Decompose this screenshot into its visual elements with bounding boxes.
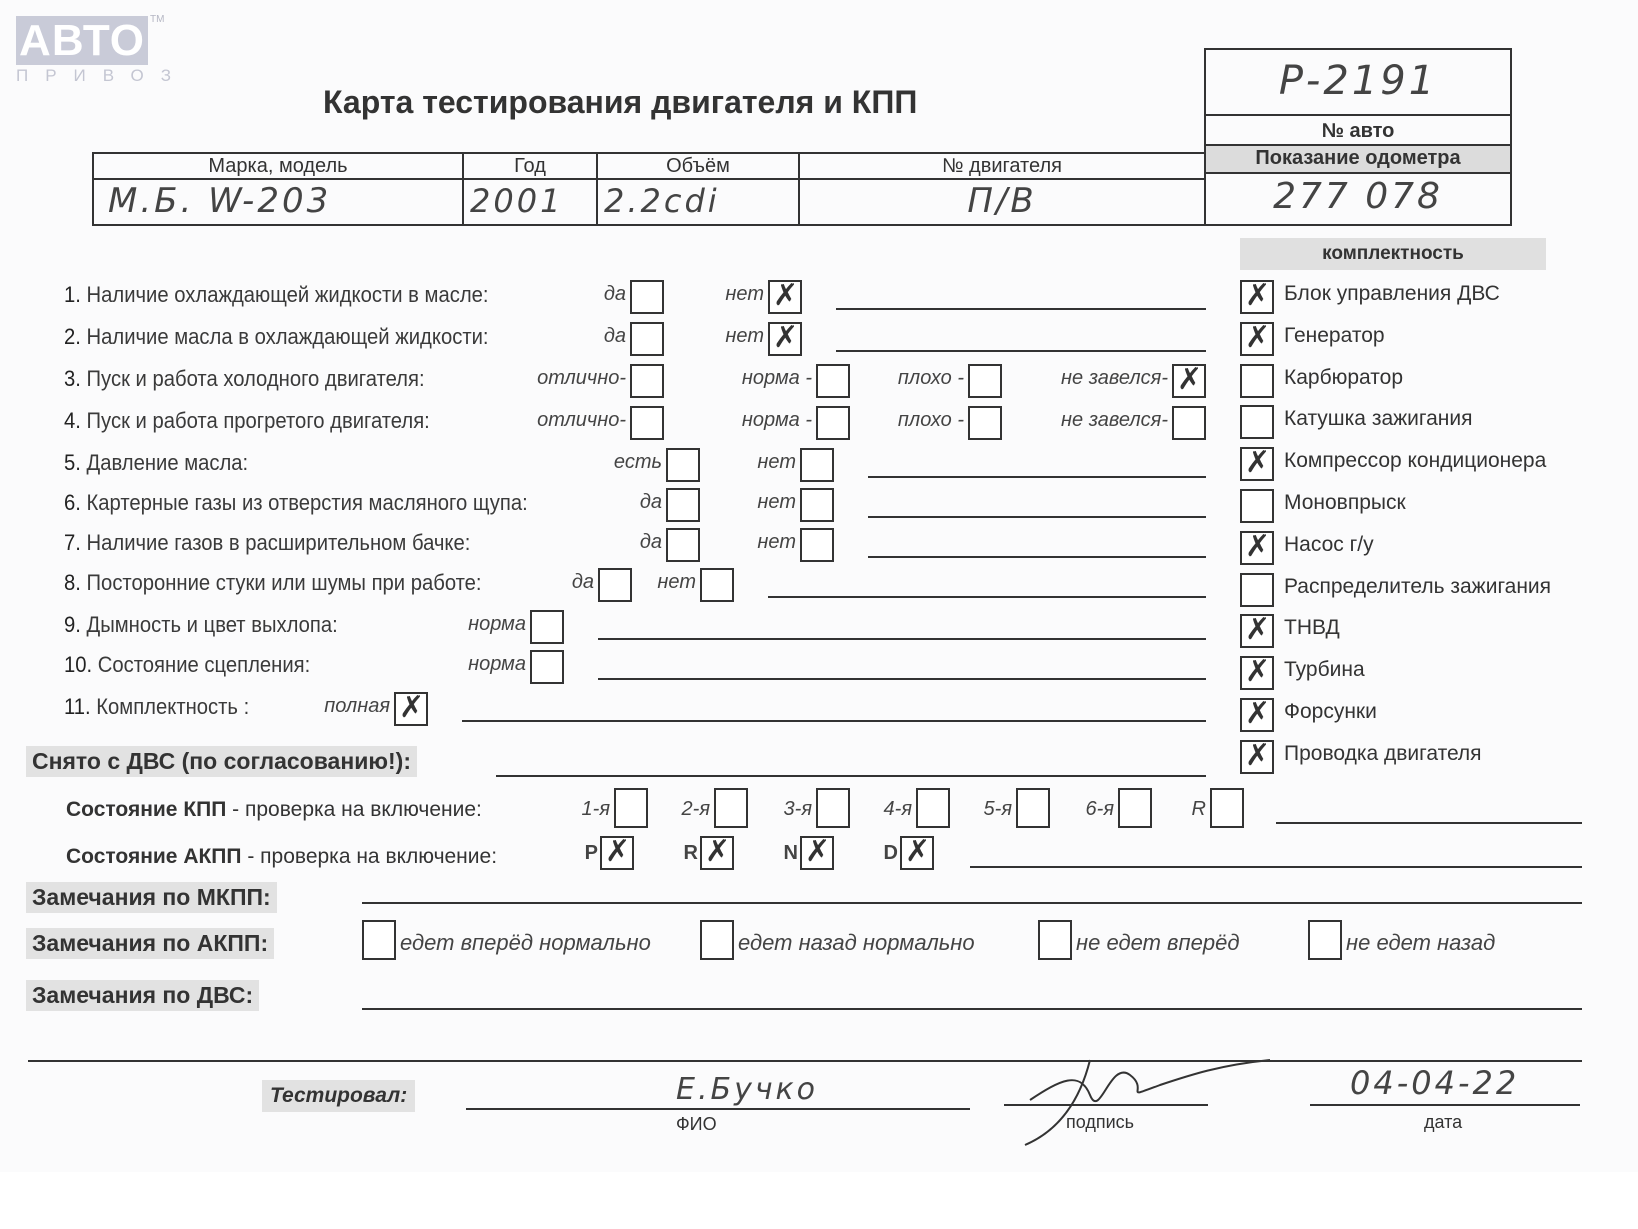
- make-model-value: М.Б. W-203: [94, 178, 462, 224]
- option-checkbox[interactable]: [816, 364, 850, 398]
- kit-item-label: Карбюратор: [1284, 366, 1403, 390]
- gear-label: 1-я: [582, 798, 610, 821]
- question-number: 7.: [64, 530, 87, 555]
- akpp-option-checkbox[interactable]: [700, 920, 734, 960]
- option-label: нет: [725, 325, 764, 348]
- engine-number-value: П/В: [800, 178, 1204, 224]
- option-checkbox[interactable]: [1172, 364, 1206, 398]
- option-label: нет: [757, 531, 796, 554]
- kit-item-label: Катушка зажигания: [1284, 407, 1472, 431]
- kit-item-label: Генератор: [1284, 324, 1385, 348]
- option-label: норма: [468, 653, 526, 676]
- option-checkbox[interactable]: [630, 406, 664, 440]
- question-number: 6.: [64, 490, 87, 515]
- option-checkbox[interactable]: [816, 406, 850, 440]
- option-checkbox[interactable]: [394, 692, 428, 726]
- fio-label: ФИО: [676, 1114, 717, 1135]
- mkpp-remarks-line[interactable]: [362, 902, 1582, 904]
- checklist-question: 1. Наличие охлаждающей жидкости в масле:: [64, 282, 489, 308]
- option-label: норма -: [742, 409, 812, 432]
- option-label: норма -: [742, 367, 812, 390]
- notes-line[interactable]: [598, 678, 1206, 680]
- dvs-remarks-line[interactable]: [362, 1008, 1582, 1010]
- option-label: норма: [468, 613, 526, 636]
- kit-item-label: ТНВД: [1284, 616, 1340, 640]
- kit-item-label: Моновпрыск: [1284, 491, 1406, 515]
- akpp-option-checkbox[interactable]: [1308, 920, 1342, 960]
- brand-logo: АВТО: [16, 16, 148, 65]
- logo-subtitle: ПРИВОЗ: [16, 66, 188, 86]
- car-number-label: № авто: [1206, 120, 1510, 143]
- question-number: 11.: [64, 694, 96, 719]
- kit-item-label: Насос г/у: [1284, 533, 1374, 557]
- option-checkbox[interactable]: [530, 650, 564, 684]
- logo-trademark: TM: [150, 14, 164, 25]
- kit-checkbox[interactable]: [1240, 698, 1274, 732]
- year-label: Год: [464, 154, 596, 178]
- manual-gearbox-notes-line[interactable]: [1276, 822, 1582, 824]
- option-label: нет: [757, 451, 796, 474]
- tester-name-line[interactable]: [466, 1108, 970, 1110]
- gear-label: 4-я: [884, 798, 912, 821]
- option-checkbox[interactable]: [630, 280, 664, 314]
- gear-label: 3-я: [784, 798, 812, 821]
- kit-checkbox[interactable]: [1240, 280, 1274, 314]
- option-label: да: [572, 571, 594, 594]
- option-checkbox[interactable]: [800, 528, 834, 562]
- question-number: 8.: [64, 570, 87, 595]
- question-label: Давление масла:: [87, 450, 249, 475]
- checklist-question: 4. Пуск и работа прогретого двигателя:: [64, 408, 430, 434]
- gear-label: 6-я: [1086, 798, 1114, 821]
- mode-label: D: [884, 842, 898, 865]
- option-label: есть: [614, 451, 662, 474]
- kit-item-label: Компрессор кондиционера: [1284, 449, 1546, 473]
- akpp-option-label: не едет назад: [1346, 930, 1495, 956]
- volume-value: 2.2cdi: [598, 178, 798, 224]
- option-label: да: [640, 531, 662, 554]
- question-label: Посторонние стуки или шумы при работе:: [87, 570, 482, 595]
- option-checkbox[interactable]: [800, 488, 834, 522]
- kit-item-label: Турбина: [1284, 658, 1365, 682]
- date-label: дата: [1424, 1112, 1462, 1133]
- checklist-question: 3. Пуск и работа холодного двигателя:: [64, 366, 425, 392]
- signature-scribble: [1020, 1040, 1280, 1150]
- mode-label: P: [585, 842, 598, 865]
- option-label: нет: [725, 283, 764, 306]
- option-label: отлично-: [537, 367, 626, 390]
- kit-title: комплектность: [1240, 238, 1546, 270]
- option-label: полная: [324, 695, 390, 718]
- mode-checkbox[interactable]: [900, 836, 934, 870]
- car-number-value: Р-2191: [1206, 58, 1510, 104]
- removed-parts-line[interactable]: [496, 775, 1206, 777]
- checklist-question: 5. Давление масла:: [64, 450, 248, 476]
- akpp-option-checkbox[interactable]: [362, 920, 396, 960]
- option-checkbox[interactable]: [666, 448, 700, 482]
- tester-name-value: Е.Бучко: [676, 1072, 818, 1107]
- kit-item-label: Проводка двигателя: [1284, 742, 1482, 766]
- checklist-question: 2. Наличие масла в охлаждающей жидкости:: [64, 324, 489, 350]
- gear-label: 2-я: [682, 798, 710, 821]
- test-card-sheet: АВТО TM ПРИВОЗ Карта тестирования двигат…: [0, 0, 1638, 1172]
- checklist-question: 9. Дымность и цвет выхлопа:: [64, 612, 338, 638]
- option-checkbox[interactable]: [666, 528, 700, 562]
- question-label: Состояние сцепления:: [98, 652, 310, 677]
- question-label: Наличие масла в охлаждающей жидкости:: [87, 324, 489, 349]
- option-label: нет: [657, 571, 696, 594]
- signature-label: подпись: [1066, 1112, 1134, 1133]
- mkpp-remarks-label: Замечания по МКПП:: [26, 882, 277, 913]
- option-checkbox[interactable]: [1172, 406, 1206, 440]
- gear-checkbox[interactable]: [1118, 788, 1152, 828]
- tested-by-label: Тестировал:: [262, 1080, 415, 1112]
- question-label: Наличие охлаждающей жидкости в масле:: [87, 282, 489, 307]
- option-checkbox[interactable]: [530, 610, 564, 644]
- make-model-label: Марка, модель: [94, 154, 462, 178]
- question-number: 2.: [64, 324, 87, 349]
- year-value: 2001: [464, 178, 596, 224]
- gear-checkbox[interactable]: [714, 788, 748, 828]
- akpp-option-label: не едет вперёд: [1076, 930, 1240, 956]
- option-label: да: [604, 283, 626, 306]
- auto-gearbox-label: Состояние АКПП - проверка на включение:: [66, 845, 497, 869]
- engine-number-label: № двигателя: [800, 154, 1204, 178]
- notes-line[interactable]: [868, 556, 1206, 558]
- gear-checkbox[interactable]: [916, 788, 950, 828]
- dvs-remarks-label: Замечания по ДВС:: [26, 980, 259, 1011]
- gear-checkbox[interactable]: [1016, 788, 1050, 828]
- option-label: плохо -: [898, 409, 964, 432]
- kit-checkbox[interactable]: [1240, 447, 1274, 481]
- option-checkbox[interactable]: [968, 364, 1002, 398]
- kit-checkbox[interactable]: [1240, 614, 1274, 648]
- signature-line[interactable]: [1004, 1104, 1208, 1106]
- option-checkbox[interactable]: [768, 280, 802, 314]
- notes-line[interactable]: [598, 638, 1206, 640]
- option-label: да: [640, 491, 662, 514]
- kit-checkbox[interactable]: [1240, 405, 1274, 439]
- option-label: отлично-: [537, 409, 626, 432]
- kit-item-label: Форсунки: [1284, 700, 1377, 724]
- gear-checkbox[interactable]: [614, 788, 648, 828]
- question-number: 10.: [64, 652, 98, 677]
- car-info-box: Р-2191 № авто Показание одометра 277 078: [1204, 48, 1512, 226]
- option-checkbox[interactable]: [630, 364, 664, 398]
- volume-label: Объём: [598, 154, 798, 178]
- checklist-question: 6. Картерные газы из отверстия масляного…: [64, 490, 528, 516]
- kit-checkbox[interactable]: [1240, 489, 1274, 523]
- notes-line[interactable]: [836, 350, 1206, 352]
- checklist-question: 11. Комплектность :: [64, 694, 249, 720]
- notes-line[interactable]: [868, 516, 1206, 518]
- notes-line[interactable]: [836, 308, 1206, 310]
- question-number: 3.: [64, 366, 87, 391]
- question-number: 9.: [64, 612, 87, 637]
- manual-gearbox-label: Состояние КПП - проверка на включение:: [66, 798, 482, 822]
- mode-label: N: [784, 842, 798, 865]
- option-label: плохо -: [898, 367, 964, 390]
- option-checkbox[interactable]: [666, 488, 700, 522]
- akpp-option-label: едет назад нормально: [738, 930, 975, 956]
- akpp-remarks-label: Замечания по АКПП:: [26, 928, 274, 959]
- question-label: Картерные газы из отверстия масляного щу…: [87, 490, 528, 515]
- date-line[interactable]: [1310, 1104, 1580, 1106]
- gear-label: 5-я: [984, 798, 1012, 821]
- option-label: не завелся-: [1061, 367, 1168, 390]
- kit-item-label: Блок управления ДВС: [1284, 282, 1500, 306]
- mode-checkbox[interactable]: [700, 836, 734, 870]
- page-title: Карта тестирования двигателя и КПП: [323, 84, 917, 121]
- kit-checkbox[interactable]: [1240, 322, 1274, 356]
- option-label: да: [604, 325, 626, 348]
- checklist-question: 7. Наличие газов в расширительном бачке:: [64, 530, 470, 556]
- option-label: не завелся-: [1061, 409, 1168, 432]
- option-checkbox[interactable]: [968, 406, 1002, 440]
- gear-checkbox[interactable]: [1210, 788, 1244, 828]
- removed-parts-label: Снято с ДВС (по согласованию!):: [26, 746, 417, 777]
- notes-line[interactable]: [462, 720, 1206, 722]
- option-checkbox[interactable]: [800, 448, 834, 482]
- question-label: Наличие газов в расширительном бачке:: [87, 530, 471, 555]
- question-label: Комплектность :: [96, 694, 249, 719]
- akpp-option-label: едет вперёд нормально: [400, 930, 651, 956]
- question-number: 1.: [64, 282, 87, 307]
- odometer-value: 277 078: [1206, 176, 1510, 217]
- checklist-question: 10. Состояние сцепления:: [64, 652, 310, 678]
- checklist-question: 8. Посторонние стуки или шумы при работе…: [64, 570, 482, 596]
- mode-checkbox[interactable]: [800, 836, 834, 870]
- question-number: 4.: [64, 408, 87, 433]
- question-number: 5.: [64, 450, 87, 475]
- odometer-label: Показание одометра: [1206, 144, 1510, 174]
- notes-line[interactable]: [868, 476, 1206, 478]
- extra-remarks-line[interactable]: [28, 1060, 1582, 1062]
- question-label: Пуск и работа холодного двигателя:: [87, 366, 425, 391]
- kit-checkbox[interactable]: [1240, 656, 1274, 690]
- mode-label: R: [684, 842, 698, 865]
- vehicle-header-table: Марка, модель М.Б. W-203 Год 2001 Объём …: [92, 152, 1206, 226]
- mode-checkbox[interactable]: [600, 836, 634, 870]
- option-checkbox[interactable]: [598, 568, 632, 602]
- option-label: нет: [757, 491, 796, 514]
- option-checkbox[interactable]: [700, 568, 734, 602]
- kit-item-label: Распределитель зажигания: [1284, 575, 1551, 599]
- kit-checkbox[interactable]: [1240, 740, 1274, 774]
- question-label: Дымность и цвет выхлопа:: [87, 612, 338, 637]
- option-checkbox[interactable]: [630, 322, 664, 356]
- auto-gearbox-notes-line[interactable]: [970, 866, 1582, 868]
- gear-checkbox[interactable]: [816, 788, 850, 828]
- kit-checkbox[interactable]: [1240, 531, 1274, 565]
- date-value: 04-04-22: [1350, 1064, 1519, 1102]
- kit-checkbox[interactable]: [1240, 364, 1274, 398]
- question-label: Пуск и работа прогретого двигателя:: [87, 408, 430, 433]
- kit-checkbox[interactable]: [1240, 573, 1274, 607]
- notes-line[interactable]: [768, 596, 1206, 598]
- gear-label: R: [1192, 798, 1206, 821]
- akpp-option-checkbox[interactable]: [1038, 920, 1072, 960]
- option-checkbox[interactable]: [768, 322, 802, 356]
